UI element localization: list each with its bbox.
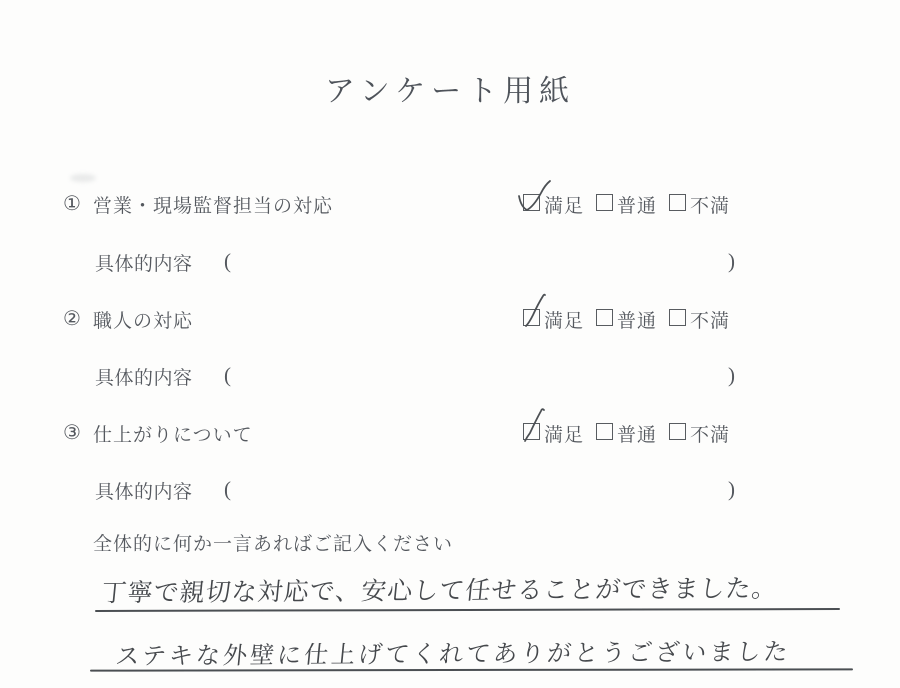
option-normal: 普通 bbox=[596, 306, 657, 333]
question-row-3: ③ 仕上がりについて 満足 普通 bbox=[0, 420, 900, 446]
question-number: ③ bbox=[63, 420, 81, 445]
option-dissatisfied: 不満 bbox=[669, 191, 730, 218]
option-label: 満足 bbox=[544, 306, 584, 333]
detail-label: 具体的内容 bbox=[95, 477, 193, 504]
option-normal: 普通 bbox=[596, 420, 657, 447]
option-label: 不満 bbox=[690, 420, 730, 447]
detail-row-3: 具体的内容 ( ) bbox=[0, 477, 900, 503]
detail-label: 具体的内容 bbox=[95, 363, 193, 390]
option-label: 不満 bbox=[690, 306, 730, 333]
option-dissatisfied: 不満 bbox=[669, 420, 730, 447]
checkbox-satisfied[interactable] bbox=[523, 309, 540, 326]
checkbox-dissatisfied[interactable] bbox=[669, 194, 686, 211]
checkbox-satisfied[interactable] bbox=[523, 423, 540, 440]
option-label: 普通 bbox=[617, 306, 657, 333]
satisfaction-options: 満足 普通 不満 bbox=[523, 191, 730, 218]
checkbox-dissatisfied[interactable] bbox=[669, 423, 686, 440]
question-row-2: ② 職人の対応 満足 普通 bbox=[0, 306, 900, 332]
ruled-line-2 bbox=[90, 668, 853, 671]
detail-row-2: 具体的内容 ( ) bbox=[0, 363, 900, 389]
detail-open-paren: ( bbox=[224, 249, 231, 274]
survey-sheet: アンケート用紙 ① 営業・現場監督担当の対応 満足 普通 bbox=[0, 0, 900, 688]
handwritten-comment-line-2: ステキな外壁に仕上げてくれてありがとうございました bbox=[114, 632, 792, 672]
checkbox-dissatisfied[interactable] bbox=[669, 309, 686, 326]
detail-row-1: 具体的内容 ( ) bbox=[0, 249, 900, 275]
question-label: 仕上がりについて bbox=[93, 420, 253, 447]
satisfaction-options: 満足 普通 不満 bbox=[523, 420, 730, 447]
checkbox-normal[interactable] bbox=[596, 194, 613, 211]
option-label: 普通 bbox=[617, 191, 657, 218]
question-label: 営業・現場監督担当の対応 bbox=[93, 191, 333, 218]
detail-close-paren: ) bbox=[728, 363, 735, 388]
scan-smudge-artifact bbox=[70, 174, 96, 182]
checkbox-satisfied[interactable] bbox=[523, 194, 540, 211]
question-number: ① bbox=[63, 191, 81, 216]
detail-open-paren: ( bbox=[224, 363, 231, 388]
form-title: アンケート用紙 bbox=[0, 66, 900, 110]
option-dissatisfied: 不満 bbox=[669, 306, 730, 333]
option-label: 満足 bbox=[544, 420, 584, 447]
detail-label: 具体的内容 bbox=[95, 249, 193, 276]
option-label: 満足 bbox=[544, 191, 584, 218]
option-satisfied: 満足 bbox=[523, 306, 584, 333]
question-label: 職人の対応 bbox=[93, 306, 193, 333]
option-label: 普通 bbox=[617, 420, 657, 447]
comment-prompt: 全体的に何か一言あればご記入ください bbox=[93, 529, 453, 556]
checkbox-normal[interactable] bbox=[596, 309, 613, 326]
option-label: 不満 bbox=[690, 191, 730, 218]
detail-open-paren: ( bbox=[224, 477, 231, 502]
option-satisfied: 満足 bbox=[523, 191, 584, 218]
detail-close-paren: ) bbox=[728, 477, 735, 502]
handwritten-comment-line-1: 丁寧で親切な対応で、安心して任せることができました。 bbox=[100, 569, 780, 610]
question-row-1: ① 営業・現場監督担当の対応 満足 普通 bbox=[0, 191, 900, 217]
checkbox-normal[interactable] bbox=[596, 423, 613, 440]
option-satisfied: 満足 bbox=[523, 420, 584, 447]
detail-close-paren: ) bbox=[728, 249, 735, 274]
satisfaction-options: 満足 普通 不満 bbox=[523, 306, 730, 333]
question-number: ② bbox=[63, 306, 81, 331]
option-normal: 普通 bbox=[596, 191, 657, 218]
